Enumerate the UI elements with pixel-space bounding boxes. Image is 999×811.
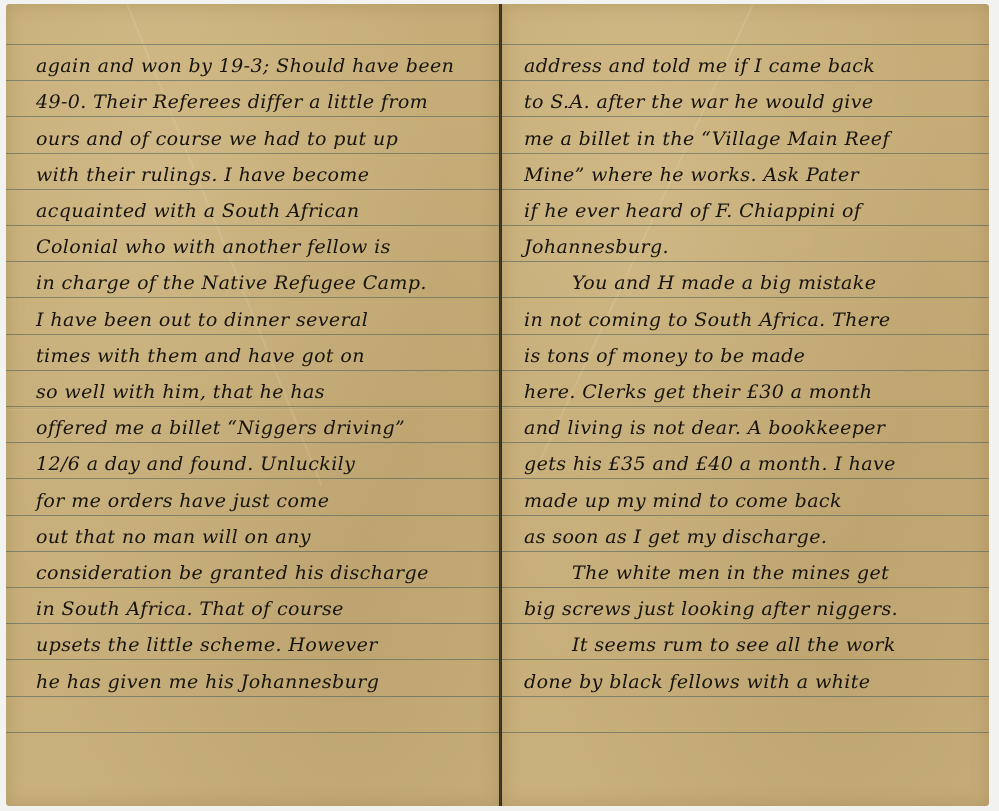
ruled-line [502, 732, 989, 733]
handwritten-line: to S.A. after the war he would give [502, 91, 989, 121]
handwritten-line: made up my mind to come back [502, 490, 989, 520]
handwritten-line: in not coming to South Africa. There [502, 309, 989, 339]
handwritten-line: gets his £35 and £40 a month. I have [502, 453, 989, 483]
handwritten-line: for me orders have just come [6, 490, 499, 520]
handwritten-line: is tons of money to be made [502, 345, 989, 375]
handwritten-line: done by black fellows with a white [502, 671, 989, 701]
handwritten-line: Colonial who with another fellow is [6, 236, 499, 266]
ruled-line [6, 732, 499, 733]
handwritten-line: me a billet in the “Village Main Reef [502, 128, 989, 158]
handwritten-line: out that no man will on any [6, 526, 499, 556]
handwritten-line: with their rulings. I have become [6, 164, 499, 194]
handwritten-line: You and H made a big mistake [502, 272, 989, 302]
handwritten-line: The white men in the mines get [502, 562, 989, 592]
handwritten-line: consideration be granted his discharge [6, 562, 499, 592]
handwritten-line: Mine” where he works. Ask Pater [502, 164, 989, 194]
handwritten-line: I have been out to dinner several [6, 309, 499, 339]
handwritten-line: Johannesburg. [502, 236, 989, 266]
handwritten-line: again and won by 19-3; Should have been [6, 55, 499, 85]
handwritten-line: he has given me his Johannesburg [6, 671, 499, 701]
letter-scan: again and won by 19-3; Should have been4… [0, 0, 999, 811]
handwritten-line: as soon as I get my discharge. [502, 526, 989, 556]
handwritten-line: upsets the little scheme. However [6, 634, 499, 664]
handwritten-line: address and told me if I came back [502, 55, 989, 85]
handwritten-line: ours and of course we had to put up [6, 128, 499, 158]
left-page: again and won by 19-3; Should have been4… [6, 4, 499, 806]
handwritten-line: big screws just looking after niggers. [502, 598, 989, 628]
handwritten-line: if he ever heard of F. Chiappini of [502, 200, 989, 230]
handwritten-line: offered me a billet “Niggers driving” [6, 417, 499, 447]
handwritten-line: 49-0. Their Referees differ a little fro… [6, 91, 499, 121]
handwritten-line: here. Clerks get their £30 a month [502, 381, 989, 411]
handwritten-line: in South Africa. That of course [6, 598, 499, 628]
right-page: address and told me if I came backto S.A… [502, 4, 989, 806]
handwritten-line: times with them and have got on [6, 345, 499, 375]
handwritten-line: so well with him, that he has [6, 381, 499, 411]
handwritten-line: acquainted with a South African [6, 200, 499, 230]
handwritten-line: in charge of the Native Refugee Camp. [6, 272, 499, 302]
ruled-line [6, 44, 499, 45]
ruled-line [502, 44, 989, 45]
handwritten-line: It seems rum to see all the work [502, 634, 989, 664]
handwritten-line: and living is not dear. A bookkeeper [502, 417, 989, 447]
handwritten-line: 12/6 a day and found. Unluckily [6, 453, 499, 483]
